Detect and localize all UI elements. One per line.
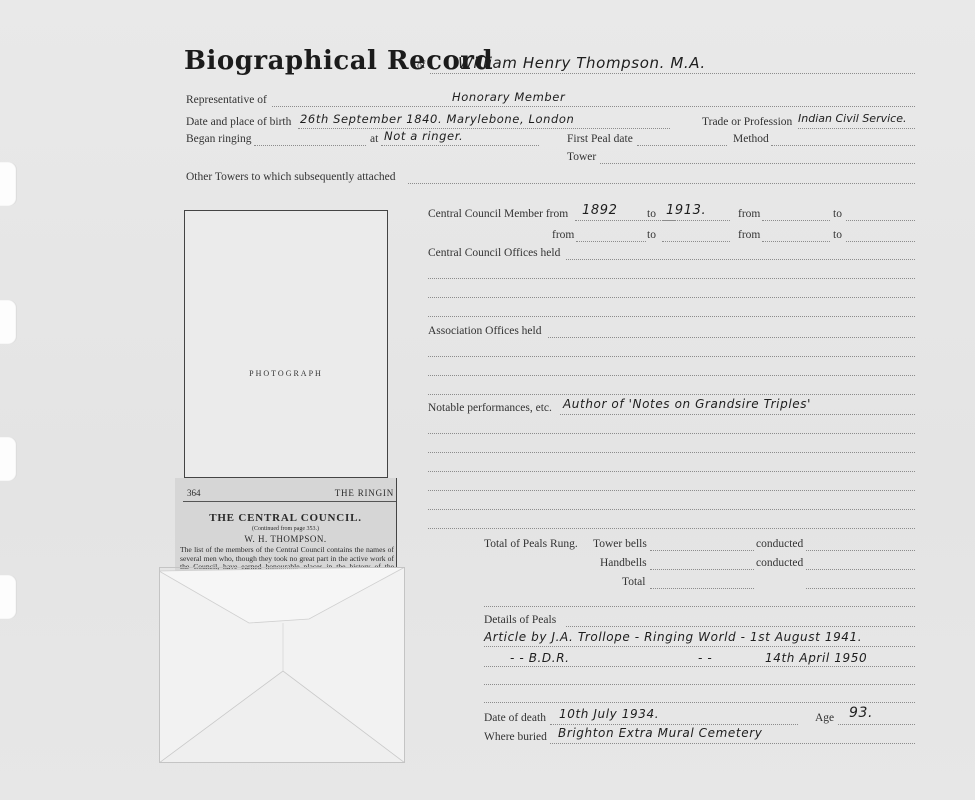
binder-hole bbox=[0, 437, 17, 481]
person-name: William Henry Thompson. M.A. bbox=[458, 54, 706, 72]
notable-line bbox=[560, 414, 915, 415]
clipping-continued: (Continued from page 353.) bbox=[175, 526, 396, 532]
council-member-label: Central Council Member from bbox=[428, 208, 568, 220]
photograph-placeholder: PHOTOGRAPH bbox=[184, 210, 388, 478]
details-line bbox=[484, 666, 915, 667]
at-label: at bbox=[370, 133, 378, 145]
council-from2-label: from bbox=[738, 208, 760, 220]
trade-label: Trade or Profession bbox=[702, 116, 792, 128]
association-line bbox=[428, 375, 915, 376]
where-buried-label: Where buried bbox=[484, 731, 547, 743]
council-to4-line bbox=[846, 241, 915, 242]
council-to1-line bbox=[662, 220, 730, 221]
notable-line bbox=[428, 490, 915, 491]
birth-label: Date and place of birth bbox=[186, 116, 291, 128]
age-label: Age bbox=[815, 712, 834, 724]
council-from4-label: from bbox=[738, 229, 760, 241]
council-from3-line bbox=[576, 241, 646, 242]
council-offices-line bbox=[566, 259, 915, 260]
age-value: 93. bbox=[849, 705, 873, 721]
details-of-peals-label: Details of Peals bbox=[484, 614, 556, 626]
representative-label: Representative of bbox=[186, 94, 267, 106]
binder-hole bbox=[0, 300, 17, 344]
representative-value: Honorary Member bbox=[452, 90, 565, 104]
began-ringing-label: Began ringing bbox=[186, 133, 251, 145]
representative-line bbox=[272, 106, 915, 107]
tower-bells-label: Tower bells bbox=[593, 538, 647, 550]
council-from1-value: 1892 bbox=[582, 203, 617, 218]
where-buried-line bbox=[550, 743, 915, 744]
details-line bbox=[484, 702, 915, 703]
tower-bells-conducted-line bbox=[806, 550, 915, 551]
total-conducted-line bbox=[806, 588, 915, 589]
clipping-running-head: THE RINGIN bbox=[335, 488, 394, 498]
council-to1-value: 1913. bbox=[666, 203, 706, 218]
peals-total-label: Total of Peals Rung. bbox=[484, 538, 578, 550]
total-label: Total bbox=[622, 576, 645, 588]
of-label: of bbox=[417, 60, 425, 71]
birth-line bbox=[298, 128, 670, 129]
association-line bbox=[428, 356, 915, 357]
date-of-death-label: Date of death bbox=[484, 712, 546, 724]
at-line bbox=[381, 145, 539, 146]
other-towers-line bbox=[408, 183, 915, 184]
binder-hole bbox=[0, 575, 17, 619]
trade-line bbox=[798, 128, 915, 129]
details-line-2c: 14th April 1950 bbox=[765, 651, 867, 665]
age-line bbox=[838, 724, 915, 725]
council-to4-label: to bbox=[833, 229, 842, 241]
council-from4-line bbox=[762, 241, 830, 242]
first-peal-label: First Peal date bbox=[567, 133, 633, 145]
tower-bells-conducted-label: conducted bbox=[756, 538, 803, 550]
council-to2-label: to bbox=[833, 208, 842, 220]
handbells-conducted-line bbox=[806, 569, 915, 570]
record-page: Biographical Record of William Henry Tho… bbox=[0, 0, 975, 800]
trade-value: Indian Civil Service. bbox=[798, 112, 906, 125]
clipping-header: 364 THE RINGIN bbox=[183, 488, 396, 502]
notable-line bbox=[428, 452, 915, 453]
handbells-conducted-label: conducted bbox=[756, 557, 803, 569]
birth-value: 26th September 1840. Marylebone, London bbox=[300, 112, 574, 126]
notable-line bbox=[428, 433, 915, 434]
clipping-page-number: 364 bbox=[187, 488, 201, 498]
envelope bbox=[159, 567, 405, 763]
total-line bbox=[650, 588, 754, 589]
council-to3-line bbox=[662, 241, 730, 242]
tower-label: Tower bbox=[567, 151, 596, 163]
date-of-death-line bbox=[550, 724, 798, 725]
began-ringing-line bbox=[254, 145, 366, 146]
tower-line bbox=[600, 163, 915, 164]
notable-line bbox=[428, 528, 915, 529]
method-line bbox=[771, 145, 915, 146]
clipping-subject: W. H. THOMPSON. bbox=[175, 534, 396, 544]
council-offices-line bbox=[428, 278, 915, 279]
council-offices-line bbox=[428, 316, 915, 317]
page-title: Biographical Record bbox=[184, 46, 493, 76]
method-label: Method bbox=[733, 133, 769, 145]
details-line-2a: - - B.D.R. bbox=[510, 651, 570, 665]
council-from2-line bbox=[762, 220, 830, 221]
tower-bells-line bbox=[650, 550, 754, 551]
date-of-death-value: 10th July 1934. bbox=[559, 707, 659, 721]
association-offices-label: Association Offices held bbox=[428, 325, 541, 337]
name-line bbox=[430, 73, 915, 74]
notable-label: Notable performances, etc. bbox=[428, 402, 552, 414]
handbells-label: Handbells bbox=[600, 557, 647, 569]
details-line bbox=[484, 646, 915, 647]
council-to1-label: to bbox=[647, 208, 656, 220]
details-line-2b: - - bbox=[698, 651, 712, 665]
association-line bbox=[428, 394, 915, 395]
council-from3-label: from bbox=[552, 229, 574, 241]
details-line bbox=[566, 626, 915, 627]
council-offices-line bbox=[428, 297, 915, 298]
notable-value: Author of 'Notes on Grandsire Triples' bbox=[563, 397, 811, 411]
binder-hole bbox=[0, 162, 17, 206]
council-to2-line bbox=[846, 220, 915, 221]
photograph-label: PHOTOGRAPH bbox=[185, 369, 387, 378]
other-towers-label: Other Towers to which subsequently attac… bbox=[186, 171, 395, 183]
association-line bbox=[548, 337, 915, 338]
council-offices-label: Central Council Offices held bbox=[428, 247, 560, 259]
council-from1-line bbox=[575, 220, 675, 221]
handbells-line bbox=[650, 569, 754, 570]
notable-line bbox=[428, 471, 915, 472]
where-buried-value: Brighton Extra Mural Cemetery bbox=[558, 726, 762, 740]
clipping-headline: THE CENTRAL COUNCIL. bbox=[175, 512, 396, 524]
notable-line bbox=[428, 509, 915, 510]
details-line-1: Article by J.A. Trollope - Ringing World… bbox=[484, 630, 862, 644]
at-value: Not a ringer. bbox=[384, 129, 463, 143]
first-peal-line bbox=[637, 145, 727, 146]
peals-separator-line bbox=[484, 606, 915, 607]
details-line bbox=[484, 684, 915, 685]
council-to3-label: to bbox=[647, 229, 656, 241]
